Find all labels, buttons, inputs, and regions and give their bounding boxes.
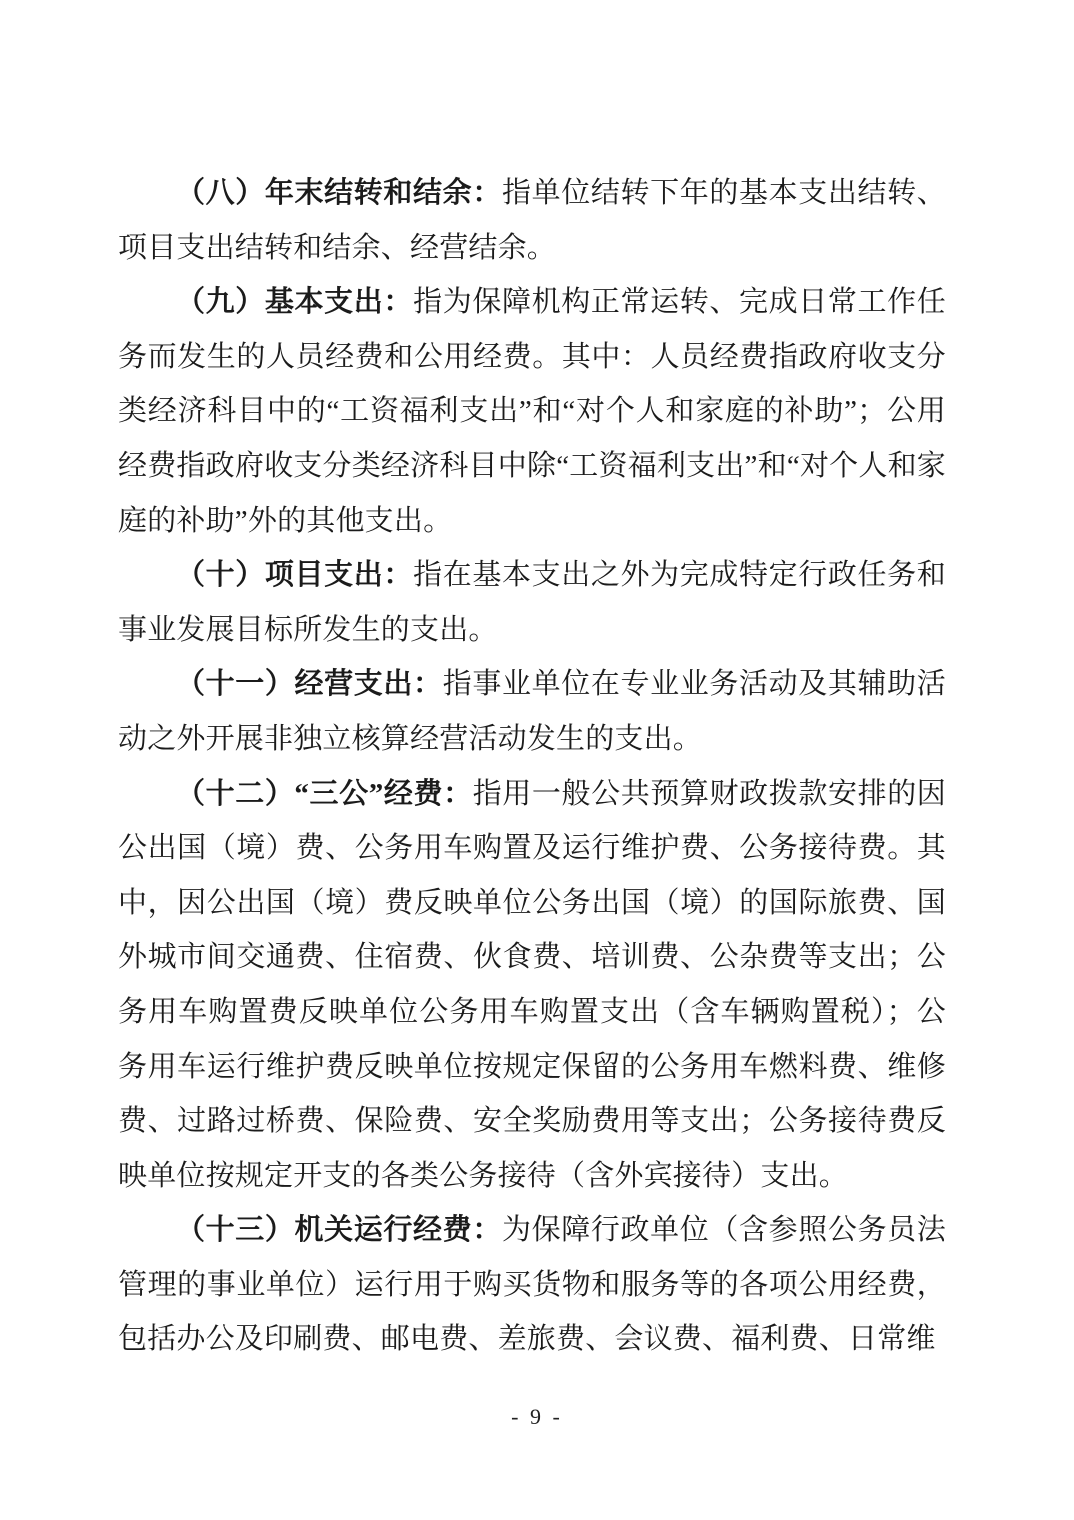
paragraph-item-9: （九）基本支出：指为保障机构正常运转、完成日常工作任务而发生的人员经费和公用经费… — [118, 275, 946, 548]
page-number: - 9 - — [0, 1404, 1074, 1430]
paragraph-heading: （八）年末结转和结余： — [176, 177, 502, 209]
document-page: （八）年末结转和结余：指单位结转下年的基本支出结转、项目支出结转和结余、经营结余… — [0, 0, 1074, 1520]
paragraph-heading: （十）项目支出： — [176, 559, 413, 591]
paragraph-heading: （十一）经营支出： — [176, 668, 443, 700]
paragraph-item-11: （十一）经营支出：指事业单位在专业业务活动及其辅助活动之外开展非独立核算经营活动… — [118, 657, 946, 766]
paragraph-item-8: （八）年末结转和结余：指单位结转下年的基本支出结转、项目支出结转和结余、经营结余… — [118, 166, 946, 275]
paragraph-item-12: （十二）“三公”经费：指用一般公共预算财政拨款安排的因公出国（境）费、公务用车购… — [118, 767, 946, 1204]
paragraph-heading: （十三）机关运行经费： — [176, 1214, 502, 1246]
paragraph-item-10: （十）项目支出：指在基本支出之外为完成特定行政任务和事业发展目标所发生的支出。 — [118, 548, 946, 657]
paragraph-heading: （九）基本支出： — [176, 286, 413, 318]
document-body: （八）年末结转和结余：指单位结转下年的基本支出结转、项目支出结转和结余、经营结余… — [118, 166, 946, 1367]
paragraph-item-13: （十三）机关运行经费：为保障行政单位（含参照公务员法管理的事业单位）运行用于购买… — [118, 1203, 946, 1367]
paragraph-body: 指用一般公共预算财政拨款安排的因公出国（境）费、公务用车购置及运行维护费、公务接… — [118, 778, 946, 1192]
paragraph-heading: （十二）“三公”经费： — [176, 778, 473, 810]
paragraph-body: 指为保障机构正常运转、完成日常工作任务而发生的人员经费和公用经费。其中：人员经费… — [118, 286, 946, 536]
